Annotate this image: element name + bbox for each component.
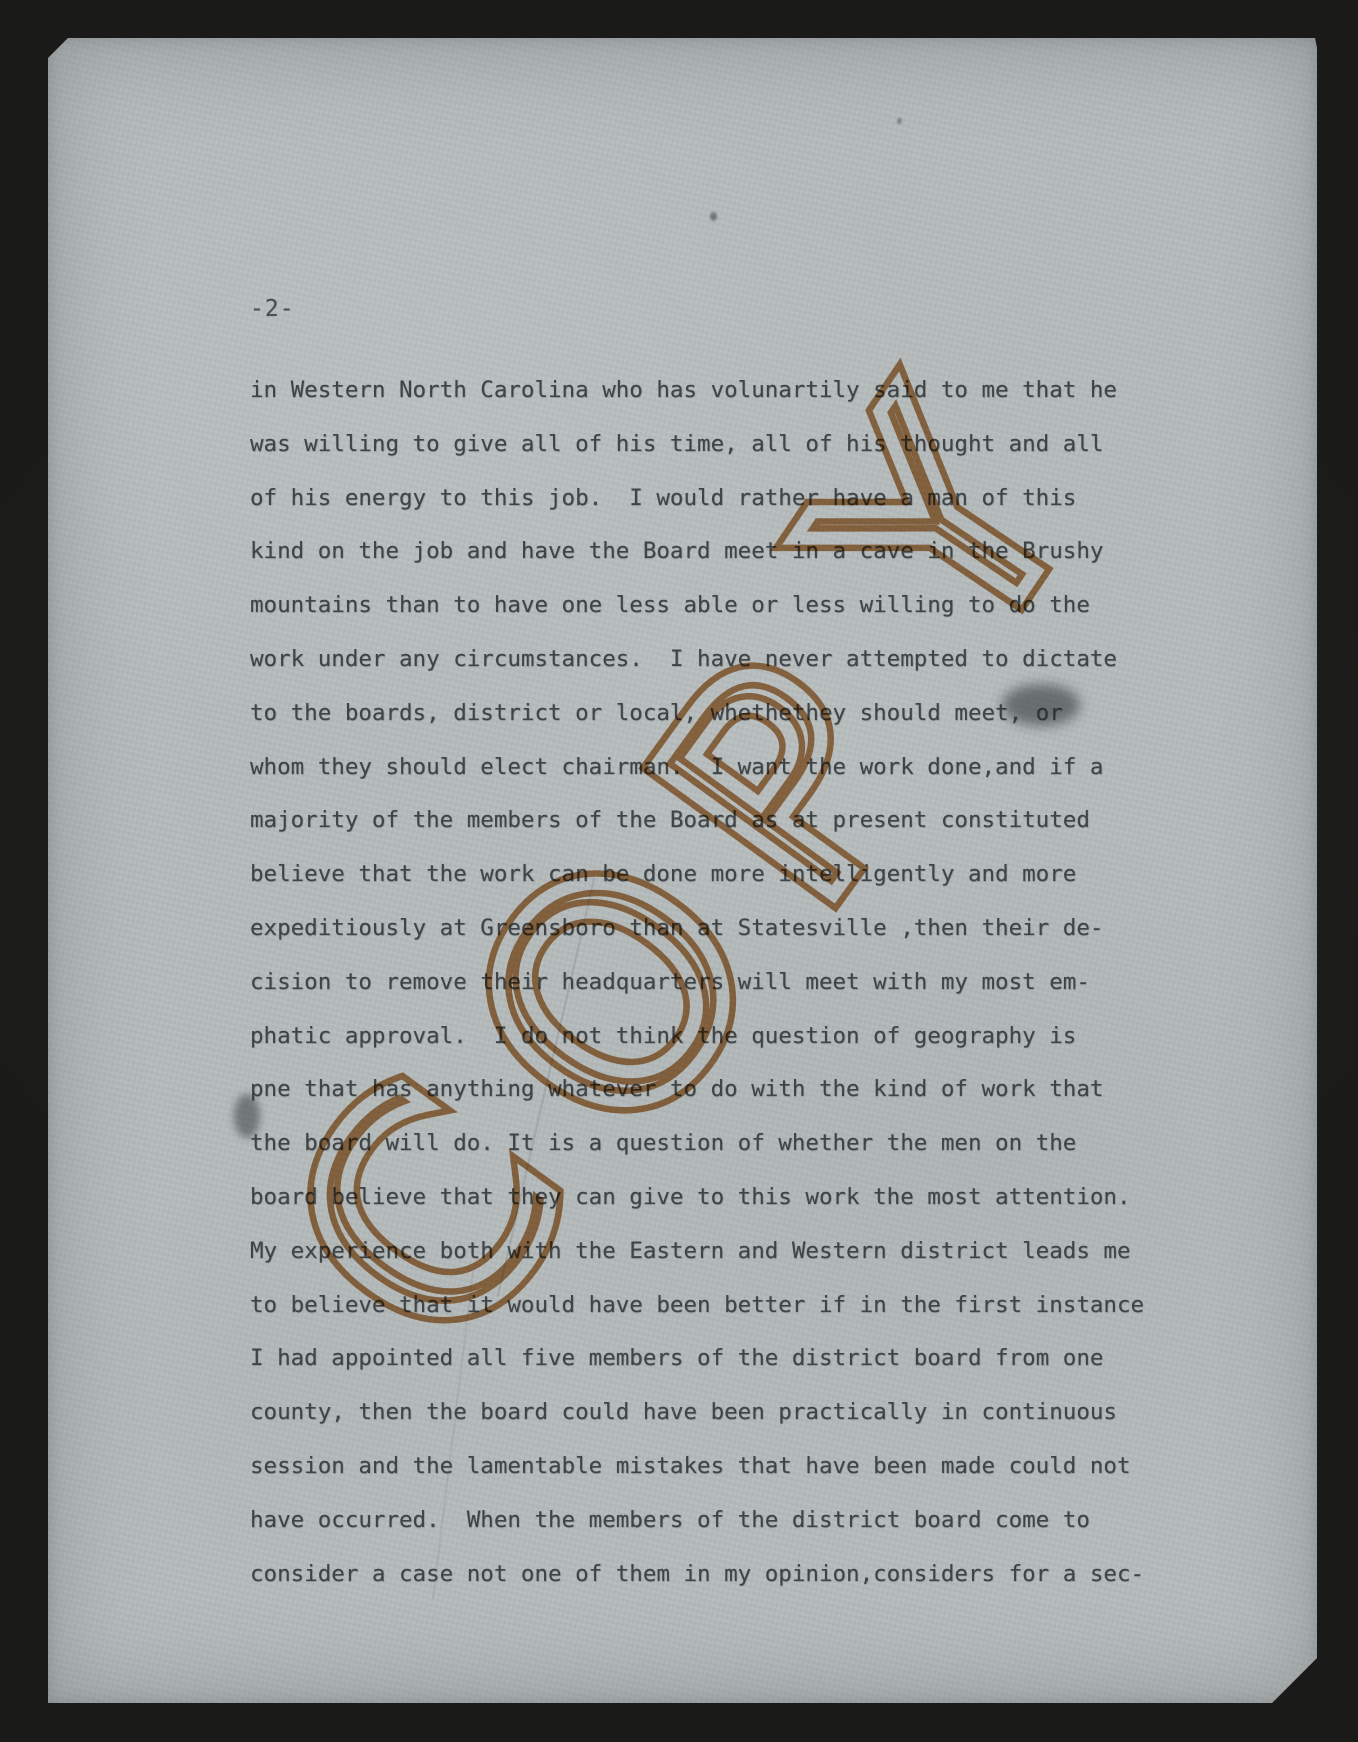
copy-stamp: C O P Y C O P Y xyxy=(0,0,1358,1742)
scanned-document-page: -2- in Western North Carolina who has vo… xyxy=(0,0,1358,1742)
stamp-ink xyxy=(0,0,1358,1742)
